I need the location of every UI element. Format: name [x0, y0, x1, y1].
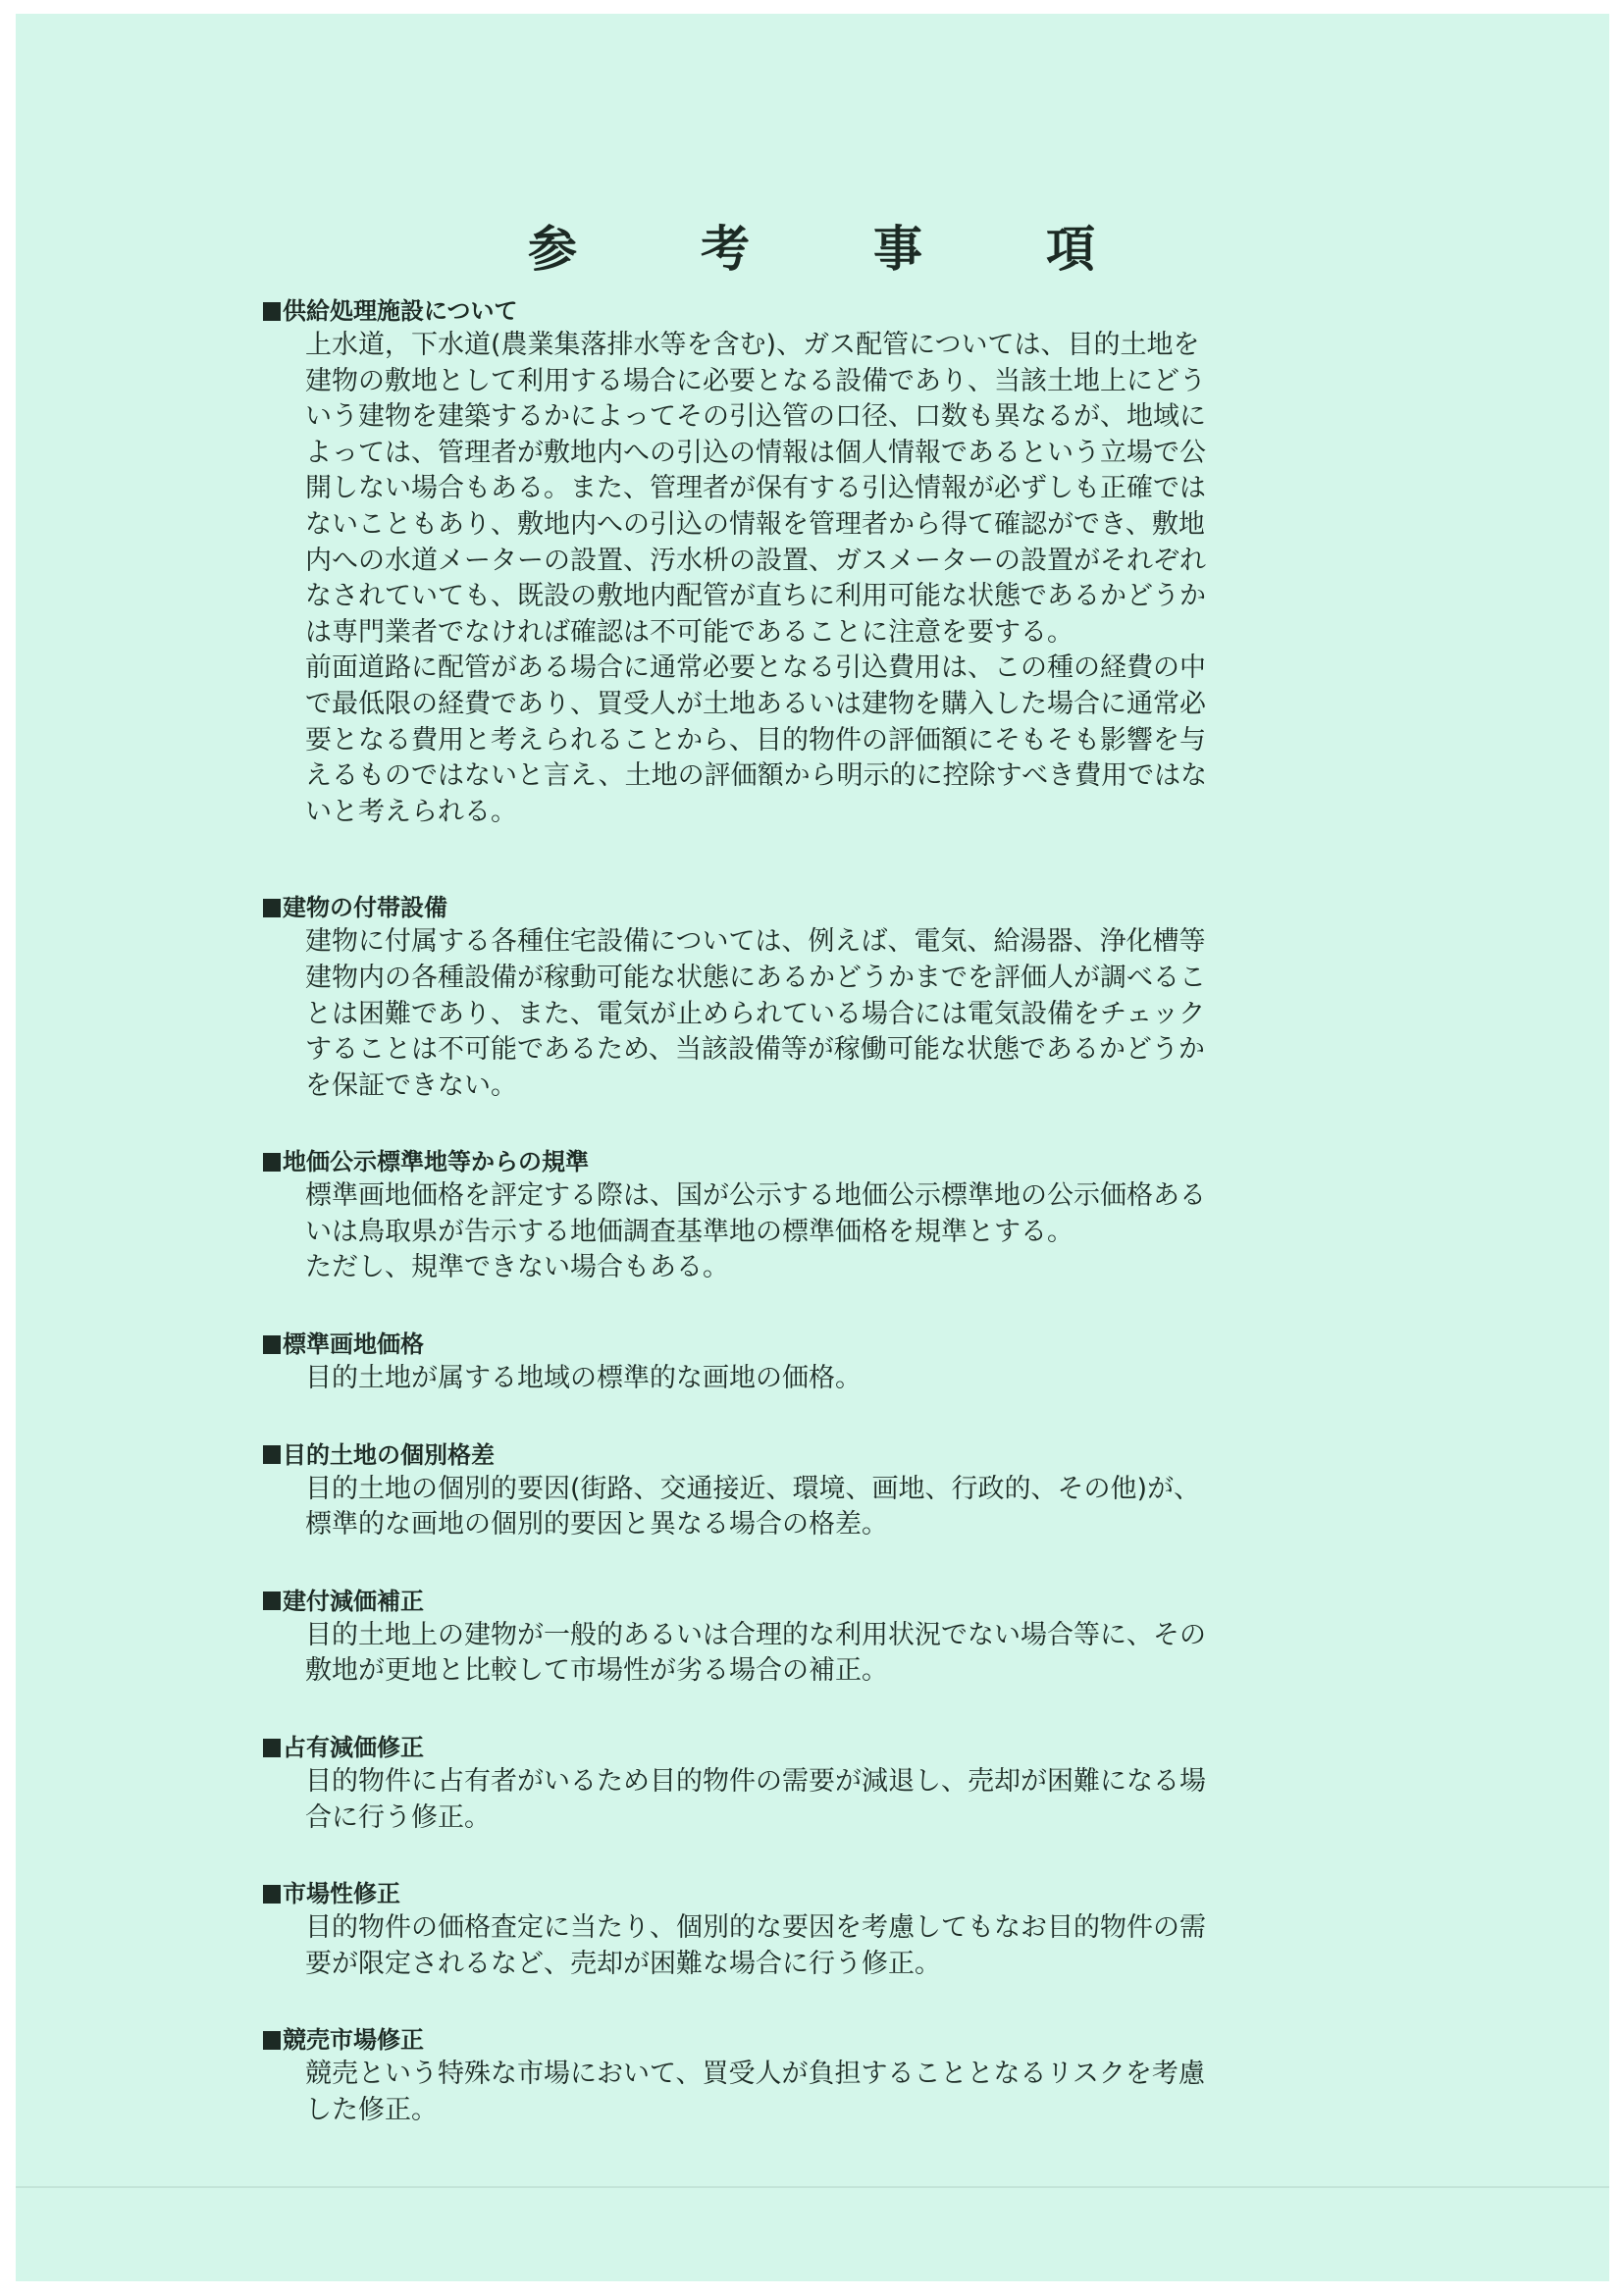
- bullet-square-icon: [263, 1592, 281, 1610]
- text-line: 目的物件の価格査定に当たり、個別的な要因を考慮してもなお目的物件の需: [305, 1910, 1470, 1947]
- text-line: した修正。: [305, 2093, 1470, 2129]
- section-heading: 建付減価補正: [283, 1585, 424, 1618]
- section-heading: 目的土地の個別格差: [283, 1438, 495, 1472]
- text-line: 合に行う修正。: [305, 1800, 1470, 1837]
- page-title: 参 考 事 項: [0, 210, 1623, 281]
- section-standard-lot-price: 標準画地価格 目的土地が属する地域の標準的な画地の価格。: [263, 1328, 1470, 1397]
- text-line: 敷地が更地と比較して市場性が劣る場合の補正。: [305, 1653, 1470, 1690]
- section-heading: 地価公示標準地等からの規準: [283, 1145, 589, 1178]
- bullet-square-icon: [263, 1445, 281, 1464]
- text-line: 標準画地価格を評定する際は、国が公示する地価公示標準地の公示価格ある: [305, 1178, 1470, 1215]
- text-line: は専門業者でなければ確認は不可能であることに注意を要する。: [305, 615, 1470, 652]
- text-line: いは鳥取県が告示する地価調査基準地の標準価格を規準とする。: [305, 1215, 1470, 1251]
- section-supply-facilities: 供給処理施設について 上水道，下水道(農業集落排水等を含む)、ガス配管については…: [263, 294, 1470, 830]
- section-heading: 建物の付帯設備: [283, 891, 447, 924]
- section-text: 建物に付属する各種住宅設備については、例えば、電気、給湯器、浄化槽等 建物内の各…: [305, 924, 1470, 1104]
- section-land-price-standard: 地価公示標準地等からの規準 標準画地価格を評定する際は、国が公示する地価公示標準…: [263, 1145, 1470, 1286]
- text-line: 内への水道メーターの設置、汚水枡の設置、ガスメーターの設置がそれぞれ: [305, 544, 1470, 580]
- text-line: 前面道路に配管がある場合に通常必要となる引込費用は、この種の経費の中: [305, 651, 1470, 687]
- section-text: 目的土地上の建物が一般的あるいは合理的な利用状況でない場合等に、その 敷地が更地…: [305, 1618, 1470, 1690]
- text-line: 建物に付属する各種住宅設備については、例えば、電気、給湯器、浄化槽等: [305, 924, 1470, 961]
- section-text: 目的土地の個別的要因(街路、交通接近、環境、画地、行政的、その他)が、 標準的な…: [305, 1472, 1470, 1543]
- text-line: で最低限の経費であり、買受人が土地あるいは建物を購入した場合に通常必: [305, 687, 1470, 723]
- footer-divider: [16, 2186, 1609, 2188]
- text-line: なされていても、既設の敷地内配管が直ちに利用可能な状態であるかどうか: [305, 579, 1470, 615]
- section-heading: 市場性修正: [283, 1877, 400, 1910]
- text-line: よっては、管理者が敷地内への引込の情報は個人情報であるという立場で公: [305, 436, 1470, 472]
- section-text: 競売という特殊な市場において、買受人が負担することとなるリスクを考慮 した修正。: [305, 2057, 1470, 2128]
- section-auction-market: 競売市場修正 競売という特殊な市場において、買受人が負担することとなるリスクを考…: [263, 2023, 1470, 2128]
- document-body: 供給処理施設について 上水道，下水道(農業集落排水等を含む)、ガス配管については…: [263, 294, 1470, 2129]
- text-line: 建物の敷地として利用する場合に必要となる設備であり、当該土地上にどう: [305, 364, 1470, 400]
- section-text: 目的土地が属する地域の標準的な画地の価格。: [305, 1361, 1470, 1397]
- section-text: 目的物件の価格査定に当たり、個別的な要因を考慮してもなお目的物件の需 要が限定さ…: [305, 1910, 1470, 1982]
- bullet-square-icon: [263, 899, 281, 917]
- bullet-square-icon: [263, 1335, 281, 1354]
- text-line: 上水道，下水道(農業集落排水等を含む)、ガス配管については、目的土地を: [305, 328, 1470, 364]
- section-heading: 標準画地価格: [283, 1328, 424, 1361]
- text-line: ただし、規準できない場合もある。: [305, 1250, 1470, 1286]
- section-heading: 競売市場修正: [283, 2023, 424, 2057]
- text-line: 目的物件に占有者がいるため目的物件の需要が減退し、売却が困難になる場: [305, 1764, 1470, 1800]
- text-line: いう建物を建築するかによってその引込管の口径、口数も異なるが、地域に: [305, 399, 1470, 436]
- text-line: 要となる費用と考えられることから、目的物件の評価額にそもそも影響を与: [305, 723, 1470, 759]
- section-heading: 供給処理施設について: [283, 294, 518, 328]
- section-individual-difference: 目的土地の個別格差 目的土地の個別的要因(街路、交通接近、環境、画地、行政的、そ…: [263, 1438, 1470, 1543]
- text-line: 要が限定されるなど、売却が困難な場合に行う修正。: [305, 1947, 1470, 1983]
- text-line: 建物内の各種設備が稼動可能な状態にあるかどうかまでを評価人が調べるこ: [305, 961, 1470, 997]
- text-line: を保証できない。: [305, 1069, 1470, 1105]
- text-line: することは不可能であるため、当該設備等が稼働可能な状態であるかどうか: [305, 1032, 1470, 1069]
- bullet-square-icon: [263, 2031, 281, 2050]
- section-occupancy-depreciation: 占有減価修正 目的物件に占有者がいるため目的物件の需要が減退し、売却が困難になる…: [263, 1731, 1470, 1836]
- bullet-square-icon: [263, 302, 281, 321]
- text-line: 競売という特殊な市場において、買受人が負担することとなるリスクを考慮: [305, 2057, 1470, 2093]
- section-heading: 占有減価修正: [283, 1731, 424, 1764]
- text-line: 目的土地が属する地域の標準的な画地の価格。: [305, 1361, 1470, 1397]
- text-line: えるものではないと言え、土地の評価額から明示的に控除すべき費用ではな: [305, 758, 1470, 795]
- bullet-square-icon: [263, 1739, 281, 1757]
- text-line: 開しない場合もある。また、管理者が保有する引込情報が必ずしも正確では: [305, 471, 1470, 507]
- section-marketability: 市場性修正 目的物件の価格査定に当たり、個別的な要因を考慮してもなお目的物件の需…: [263, 1877, 1470, 1982]
- section-building-equipment: 建物の付帯設備 建物に付属する各種住宅設備については、例えば、電気、給湯器、浄化…: [263, 891, 1470, 1104]
- text-line: ないこともあり、敷地内への引込の情報を管理者から得て確認ができ、敷地: [305, 507, 1470, 544]
- section-building-depreciation: 建付減価補正 目的土地上の建物が一般的あるいは合理的な利用状況でない場合等に、そ…: [263, 1585, 1470, 1690]
- text-line: 目的土地の個別的要因(街路、交通接近、環境、画地、行政的、その他)が、: [305, 1472, 1470, 1508]
- section-text: 標準画地価格を評定する際は、国が公示する地価公示標準地の公示価格ある いは鳥取県…: [305, 1178, 1470, 1286]
- section-text: 目的物件に占有者がいるため目的物件の需要が減退し、売却が困難になる場 合に行う修…: [305, 1764, 1470, 1836]
- text-line: 標準的な画地の個別的要因と異なる場合の格差。: [305, 1507, 1470, 1543]
- bullet-square-icon: [263, 1153, 281, 1172]
- section-text: 上水道，下水道(農業集落排水等を含む)、ガス配管については、目的土地を 建物の敷…: [305, 328, 1470, 830]
- text-line: いと考えられる。: [305, 795, 1470, 831]
- text-line: 目的土地上の建物が一般的あるいは合理的な利用状況でない場合等に、その: [305, 1618, 1470, 1654]
- bullet-square-icon: [263, 1885, 281, 1904]
- text-line: とは困難であり、また、電気が止められている場合には電気設備をチェック: [305, 997, 1470, 1033]
